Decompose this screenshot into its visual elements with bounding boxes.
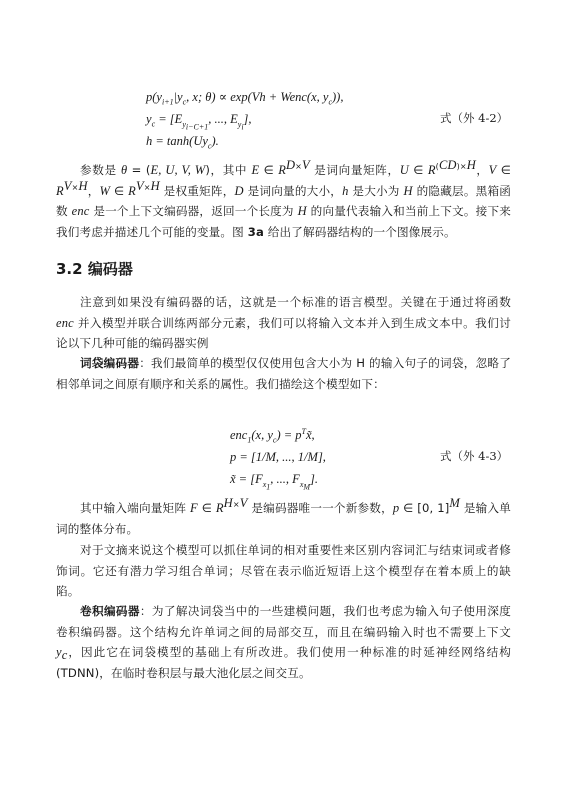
equation-line: p = [1/M, ..., 1/M], [230, 446, 326, 468]
paragraph-intro: 注意到如果没有编码器的话，这就是一个标准的语言模型。关键在于通过将函数 enc … [56, 292, 511, 354]
equation-label: 式（外 4-3） [440, 448, 508, 464]
paragraph-conv-encoder: 卷积编码器：为了解决词袋当中的一些建模问题，我们也考虑为输入句子使用深度卷积编码… [56, 601, 511, 683]
equation-line: h = tanh(Uyc). [146, 130, 343, 152]
equation-label: 式（外 4-2） [440, 110, 508, 126]
paragraph-input-matrix: 其中输入端向量矩阵 F ∈ RH×V 是编码器唯一一个新参数，p ∈ [0, 1… [56, 498, 511, 539]
paragraph-parameters: 参数是 θ = (E, U, V, W)，其中 E ∈ RD×V 是词向量矩阵，… [56, 160, 511, 242]
document-page: p(yi+1|yc, x; θ) ∝ exp(Vh + Wenc(x, yc))… [0, 0, 565, 807]
term-bow-encoder: 词袋编码器 [80, 356, 139, 370]
equation-line: x̃ = [Fx1, ..., FxM]. [230, 468, 326, 490]
equation-line: p(yi+1|yc, x; θ) ∝ exp(Vh + Wenc(x, yc))… [146, 86, 343, 108]
section-number: 3.2 [56, 260, 83, 278]
paragraph-summarization: 对于文摘来说这个模型可以抓住单词的相对重要性来区别内容词汇与结束词或者修饰词。它… [56, 540, 511, 602]
section-heading: 3.2 编码器 [56, 258, 133, 279]
equation-line: yc = [Eyi−C+1, ..., Eyi], [146, 108, 343, 130]
term-conv-encoder: 卷积编码器 [80, 604, 140, 618]
paragraph-bow-encoder: 词袋编码器：我们最简单的模型仅仅使用包含大小为 H 的输入句子的词袋，忽略了相邻… [56, 353, 511, 394]
section-title: 编码器 [88, 260, 133, 278]
equation-4-3: enc1(x, yc) = pTx̃, p = [1/M, ..., 1/M],… [230, 424, 326, 490]
equation-line: enc1(x, yc) = pTx̃, [230, 424, 326, 446]
equation-4-2: p(yi+1|yc, x; θ) ∝ exp(Vh + Wenc(x, yc))… [146, 86, 343, 152]
